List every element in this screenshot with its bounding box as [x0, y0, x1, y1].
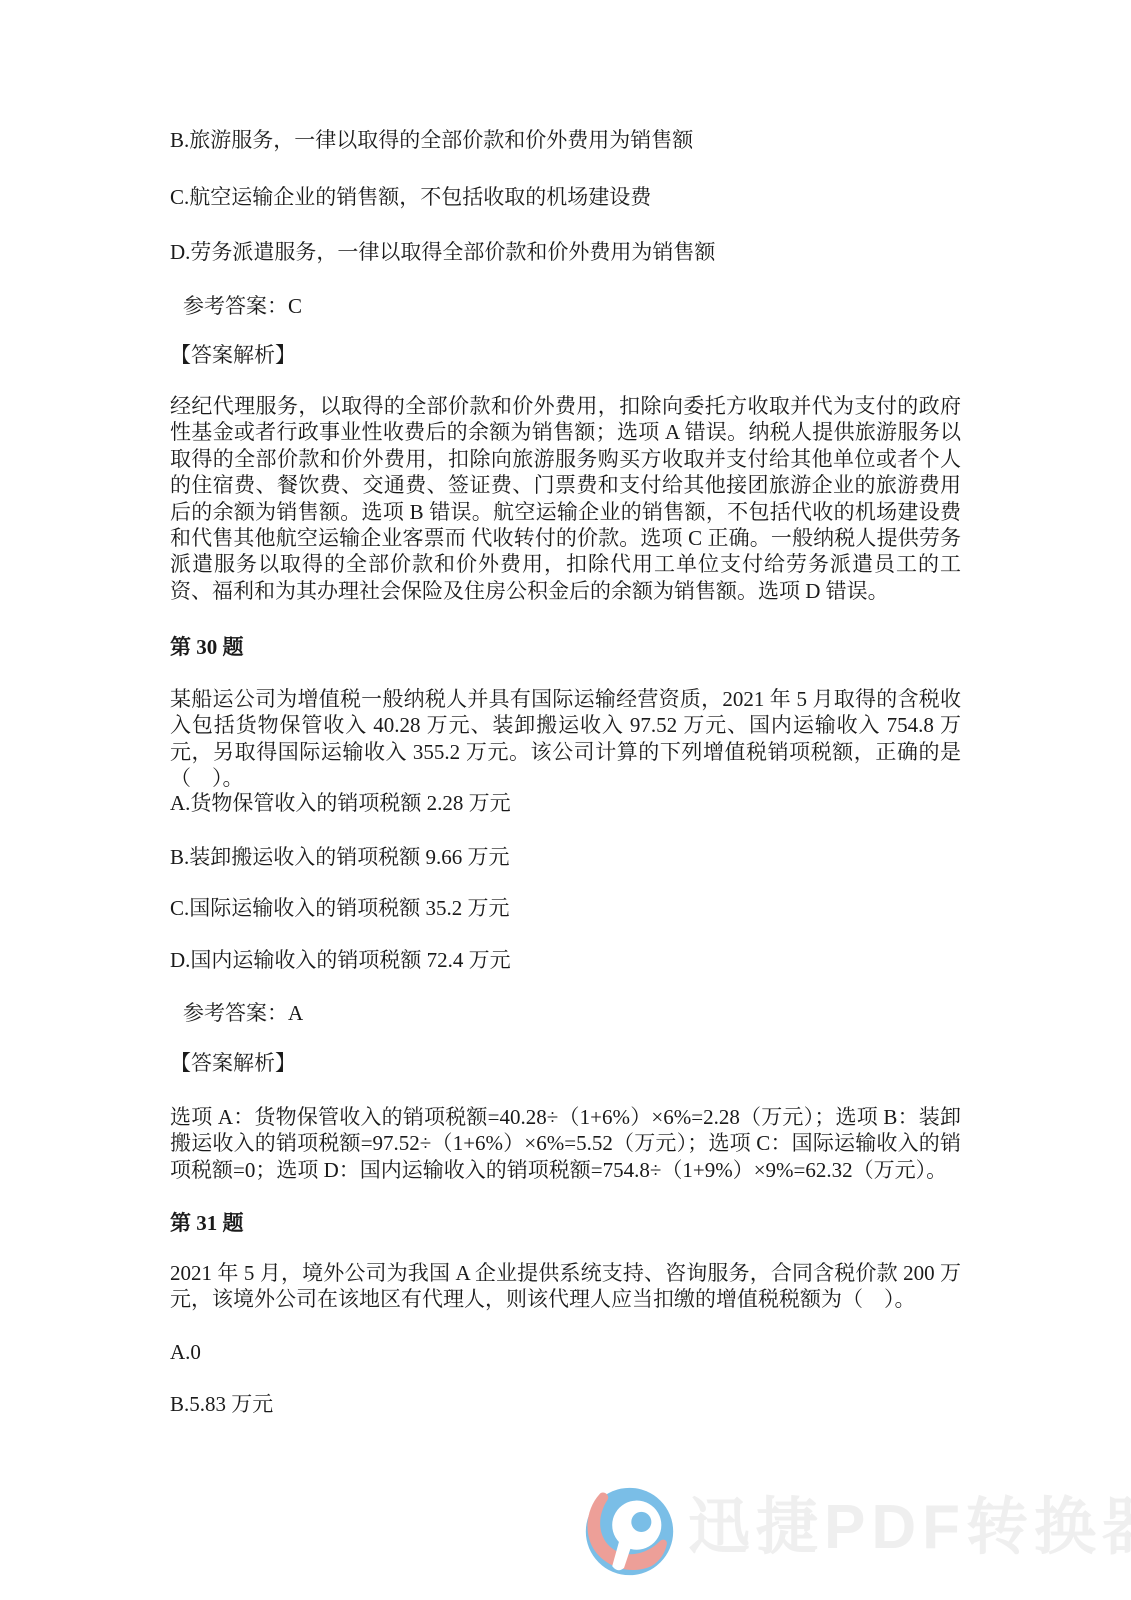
q30-analysis-header: 【答案解析】 [170, 1050, 961, 1076]
q29-option-c: C.航空运输企业的销售额，不包括收取的机场建设费 [170, 184, 961, 210]
q30-option-c: C.国际运输收入的销项税额 35.2 万元 [170, 895, 961, 921]
pdf-converter-logo-icon [584, 1486, 675, 1577]
document-page: B.旅游服务，一律以取得的全部价款和价外费用为销售额 C.航空运输企业的销售额，… [0, 0, 1131, 1600]
q30-option-b: B.装卸搬运收入的销项税额 9.66 万元 [170, 844, 961, 870]
watermark-text: 迅捷PDF转换器 [688, 1497, 1131, 1559]
q31-title: 第 31 题 [170, 1210, 961, 1236]
q29-option-b: B.旅游服务，一律以取得的全部价款和价外费用为销售额 [170, 127, 961, 153]
q30-reference-answer: 参考答案：A [170, 1000, 974, 1026]
q31-option-b: B.5.83 万元 [170, 1391, 961, 1417]
q31-stem: 2021 年 5 月，境外公司为我国 A 企业提供系统支持、咨询服务，合同含税价… [170, 1260, 961, 1313]
q31-option-a: A.0 [170, 1339, 961, 1365]
q30-option-d: D.国内运输收入的销项税额 72.4 万元 [170, 947, 961, 973]
q30-analysis-text: 选项 A：货物保管收入的销项税额=40.28÷（1+6%）×6%=2.28（万元… [170, 1104, 961, 1183]
q29-analysis-header: 【答案解析】 [170, 342, 961, 368]
q30-title: 第 30 题 [170, 634, 961, 660]
q30-stem: 某船运公司为增值税一般纳税人并具有国际运输经营资质，2021 年 5 月取得的含… [170, 686, 961, 792]
q30-option-a: A.货物保管收入的销项税额 2.28 万元 [170, 790, 961, 816]
q29-reference-answer: 参考答案：C [170, 293, 974, 319]
q29-analysis-text: 经纪代理服务，以取得的全部价款和价外费用，扣除向委托方收取并代为支付的政府性基金… [170, 393, 961, 604]
q29-option-d: D.劳务派遣服务，一律以取得全部价款和价外费用为销售额 [170, 239, 961, 265]
